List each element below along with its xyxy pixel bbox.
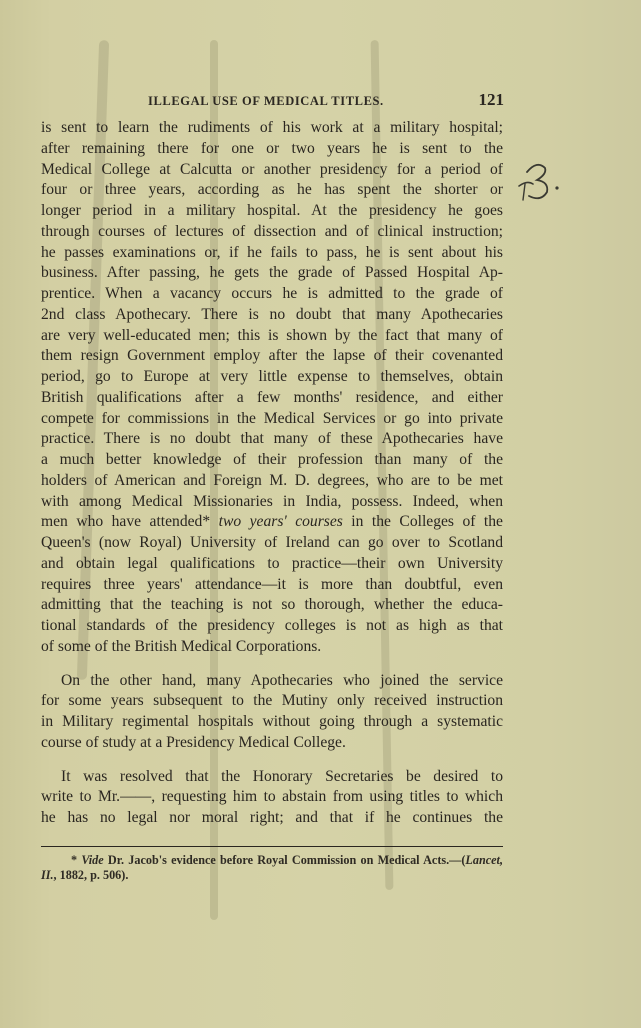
text-line: them resign Government employ after the … <box>41 346 503 367</box>
text-line: practice. There is no doubt that many of… <box>41 429 503 450</box>
text-line: longer period in a military hospital. At… <box>41 201 503 222</box>
text-fragment: men who have attended* <box>41 513 219 530</box>
text-line: through courses of lectures of dissectio… <box>41 222 503 243</box>
italic-phrase: two years' courses <box>219 513 343 530</box>
paragraph-2: On the other hand, many Apothecaries who… <box>41 671 503 754</box>
paragraph-gap <box>41 658 503 671</box>
page-number: 121 <box>479 90 505 110</box>
text-line-with-italic: men who have attended* two years' course… <box>41 512 503 533</box>
text-line: he has no legal nor moral right; and tha… <box>41 808 503 829</box>
text-line: requires three years' attendance—it is m… <box>41 575 503 596</box>
text-line: British qualifications after a few month… <box>41 388 503 409</box>
footnote-text: Dr. Jacob's evidence before Royal Commis… <box>104 853 466 867</box>
footnote-citation: , 1882, p. 506). <box>54 868 129 882</box>
text-line: It was resolved that the Honorary Secret… <box>41 767 503 788</box>
text-line: On the other hand, many Apothecaries who… <box>41 671 503 692</box>
text-line: and obtain legal qualifications to pract… <box>41 554 503 575</box>
text-line: tional standards of the presidency colle… <box>41 616 503 637</box>
footnote-volume: II. <box>41 868 54 882</box>
text-line: prentice. When a vacancy occurs he is ad… <box>41 284 503 305</box>
handwritten-margin-note <box>513 150 563 210</box>
text-line: he passes examinations or, if he fails t… <box>41 243 503 264</box>
text-line: Queen's (now Royal) University of Irelan… <box>41 533 503 554</box>
footnote-marker: * <box>71 853 77 867</box>
text-fragment: in the Colleges of the <box>343 513 503 530</box>
footnote-line: * Vide Dr. Jacob's evidence before Royal… <box>41 853 503 868</box>
text-line: after remaining there for one or two yea… <box>41 139 503 160</box>
footnote-source: Lancet, <box>465 853 503 867</box>
book-page: ILLEGAL USE OF MEDICAL TITLES. 121 is se… <box>0 0 641 1028</box>
paragraph-1: is sent to learn the rudiments of his wo… <box>41 118 503 658</box>
text-line: Medical College at Calcutta or another p… <box>41 160 503 181</box>
footnote-italic-lead: Vide <box>81 853 103 867</box>
footnote-divider <box>41 846 503 847</box>
text-line: is sent to learn the rudiments of his wo… <box>41 118 503 139</box>
text-line: with among Medical Missionaries in India… <box>41 492 503 513</box>
text-line: period, go to Europe at very little expe… <box>41 367 503 388</box>
text-line: in Military regimental hospitals without… <box>41 712 503 733</box>
paragraph-gap <box>41 754 503 767</box>
paragraph-3: It was resolved that the Honorary Secret… <box>41 767 503 829</box>
text-line: course of study at a Presidency Medical … <box>41 733 503 754</box>
text-line: 2nd class Apothecary. There is no doubt … <box>41 305 503 326</box>
text-line: for some years subsequent to the Mutiny … <box>41 691 503 712</box>
text-line: of some of the British Medical Corporati… <box>41 637 503 658</box>
text-line: are very well-educated men; this is show… <box>41 326 503 347</box>
text-line: business. After passing, he gets the gra… <box>41 263 503 284</box>
text-line: write to Mr.——, requesting him to abstai… <box>41 787 503 808</box>
page-header: ILLEGAL USE OF MEDICAL TITLES. 121 <box>148 90 504 110</box>
footnote: * Vide Dr. Jacob's evidence before Royal… <box>41 853 503 883</box>
text-line: four or three years, according as he has… <box>41 180 503 201</box>
running-head: ILLEGAL USE OF MEDICAL TITLES. <box>148 94 384 109</box>
text-line: holders of American and Foreign M. D. de… <box>41 471 503 492</box>
body-text: is sent to learn the rudiments of his wo… <box>41 118 503 829</box>
footnote-line: II., 1882, p. 506). <box>41 868 503 883</box>
text-line: a much better knowledge of their profess… <box>41 450 503 471</box>
text-line: admitting that the teaching is not so th… <box>41 595 503 616</box>
text-line: compete for commissions in the Medical S… <box>41 409 503 430</box>
